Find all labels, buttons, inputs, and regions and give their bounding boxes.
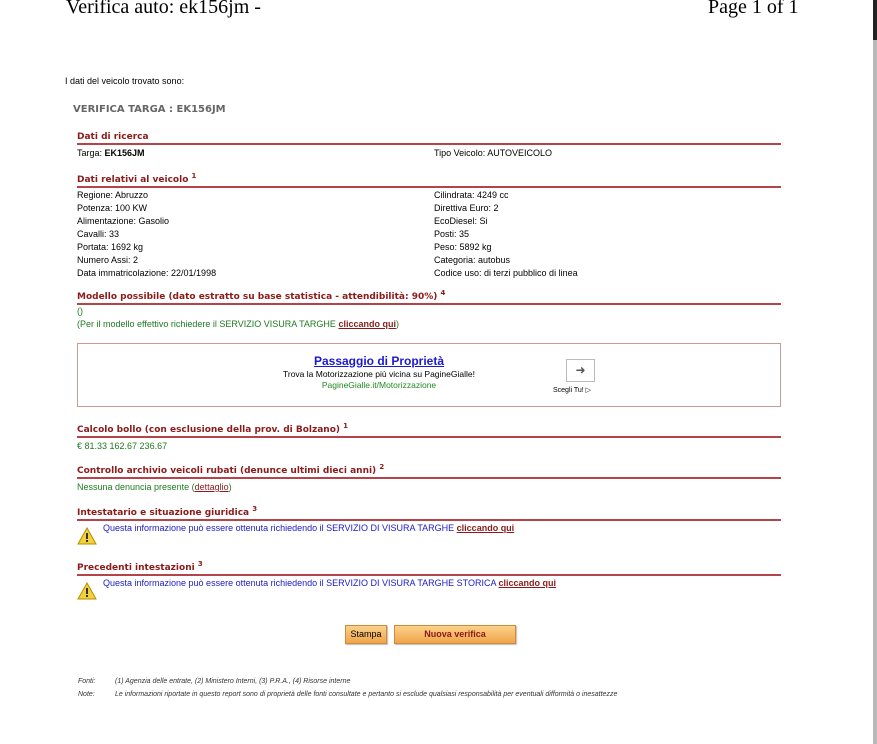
vehicle-field: Regione: Abruzzo	[77, 189, 434, 202]
vehicle-field: Portata: 1692 kg	[77, 241, 434, 254]
ad-banner[interactable]: Passaggio di Proprietà Trova la Motorizz…	[77, 343, 781, 407]
section-stolen: Controllo archivio veicoli rubati (denun…	[77, 463, 781, 494]
vehicle-field: Alimentazione: Gasolio	[77, 215, 434, 228]
ad-title-link[interactable]: Passaggio di Proprietà	[78, 354, 780, 368]
verify-title: VERIFICA TARGA : EK156JM	[73, 104, 226, 115]
vehicle-row: Data immatricolazione: 22/01/1998Codice …	[77, 267, 781, 280]
vehicle-row: Regione: AbruzzoCilindrata: 4249 cc	[77, 189, 781, 202]
vehicle-row: Potenza: 100 KWDirettiva Euro: 2	[77, 202, 781, 215]
vehicle-row: Numero Assi: 2Categoria: autobus	[77, 254, 781, 267]
section-owner: Intestatario e situazione giuridica 3 Qu…	[77, 505, 781, 545]
targa-label: Targa:	[77, 148, 105, 158]
section-model: Modello possibile (dato estratto su base…	[77, 289, 781, 331]
vehicle-field: Direttiva Euro: 2	[434, 202, 499, 215]
vehicle-field: Numero Assi: 2	[77, 254, 434, 267]
vehicle-field: Cilindrata: 4249 cc	[434, 189, 509, 202]
vehicle-field: Codice uso: di terzi pubblico di linea	[434, 267, 578, 280]
model-value: ()	[77, 305, 781, 318]
page-number: Page 1 of 1	[708, 0, 799, 19]
warning-icon	[77, 582, 97, 600]
new-verify-button[interactable]: Nuova verifica	[394, 625, 516, 644]
ad-choose-label[interactable]: Scegli Tu! ▷	[553, 386, 591, 394]
vehicle-field: Posti: 35	[434, 228, 469, 241]
section-bollo: Calcolo bollo (con esclusione della prov…	[77, 422, 781, 453]
section-heading: Intestatario e situazione giuridica 3	[77, 505, 781, 521]
section-search: Dati di ricerca Targa: EK156JM Tipo Veic…	[77, 132, 781, 160]
ad-description: Trova la Motorizzazione più vicina su Pa…	[78, 369, 780, 379]
section-previous-owners: Precedenti intestazioni 3 Questa informa…	[77, 560, 781, 600]
vehicle-field: Data immatricolazione: 22/01/1998	[77, 267, 434, 280]
targa-value: EK156JM	[105, 148, 145, 158]
section-heading: Dati di ricerca	[77, 132, 781, 145]
model-note: (Per il modello effettivo richiedere il …	[77, 318, 781, 331]
section-heading: Calcolo bollo (con esclusione della prov…	[77, 422, 781, 438]
tipo-veicolo: Tipo Veicolo: AUTOVEICOLO	[434, 147, 552, 160]
vehicle-row: Alimentazione: GasolioEcoDiesel: Si	[77, 215, 781, 228]
ad-url[interactable]: PagineGialle.it/Motorizzazione	[78, 380, 780, 390]
warning-icon	[77, 527, 97, 545]
vehicle-row: Portata: 1692 kgPeso: 5892 kg	[77, 241, 781, 254]
section-heading: Dati relativi al veicolo 1	[77, 172, 781, 188]
section-heading: Precedenti intestazioni 3	[77, 560, 781, 576]
arrow-right-icon[interactable]: ➜	[566, 359, 595, 382]
fonti-label: Fonti:	[78, 678, 115, 685]
section-vehicle: Dati relativi al veicolo 1 Regione: Abru…	[77, 172, 781, 280]
print-button[interactable]: Stampa	[345, 625, 387, 644]
document-title: Verifica auto: ek156jm -	[66, 0, 261, 19]
visura-link[interactable]: cliccando qui	[457, 523, 515, 533]
bollo-value: € 81.33 162.67 236.67	[77, 440, 781, 453]
section-heading: Modello possibile (dato estratto su base…	[77, 289, 781, 305]
visura-storica-link[interactable]: cliccando qui	[499, 578, 557, 588]
window-edge	[873, 0, 877, 744]
vehicle-row: Cavalli: 33Posti: 35	[77, 228, 781, 241]
vehicle-field: Potenza: 100 KW	[77, 202, 434, 215]
visura-link[interactable]: cliccando qui	[338, 319, 396, 329]
vehicle-field: Cavalli: 33	[77, 228, 434, 241]
vehicle-field: Peso: 5892 kg	[434, 241, 492, 254]
fonti-text: (1) Agenzia delle entrate, (2) Ministero…	[115, 678, 350, 685]
section-heading: Controllo archivio veicoli rubati (denun…	[77, 463, 781, 479]
vehicle-field: Categoria: autobus	[434, 254, 510, 267]
intro-text: I dati del veicolo trovato sono:	[65, 76, 184, 86]
vehicle-field: EcoDiesel: Si	[434, 215, 488, 228]
dettaglio-link[interactable]: dettaglio	[195, 482, 229, 492]
note-text: Le informazioni riportate in questo repo…	[115, 691, 617, 698]
note-label: Note:	[78, 691, 115, 698]
